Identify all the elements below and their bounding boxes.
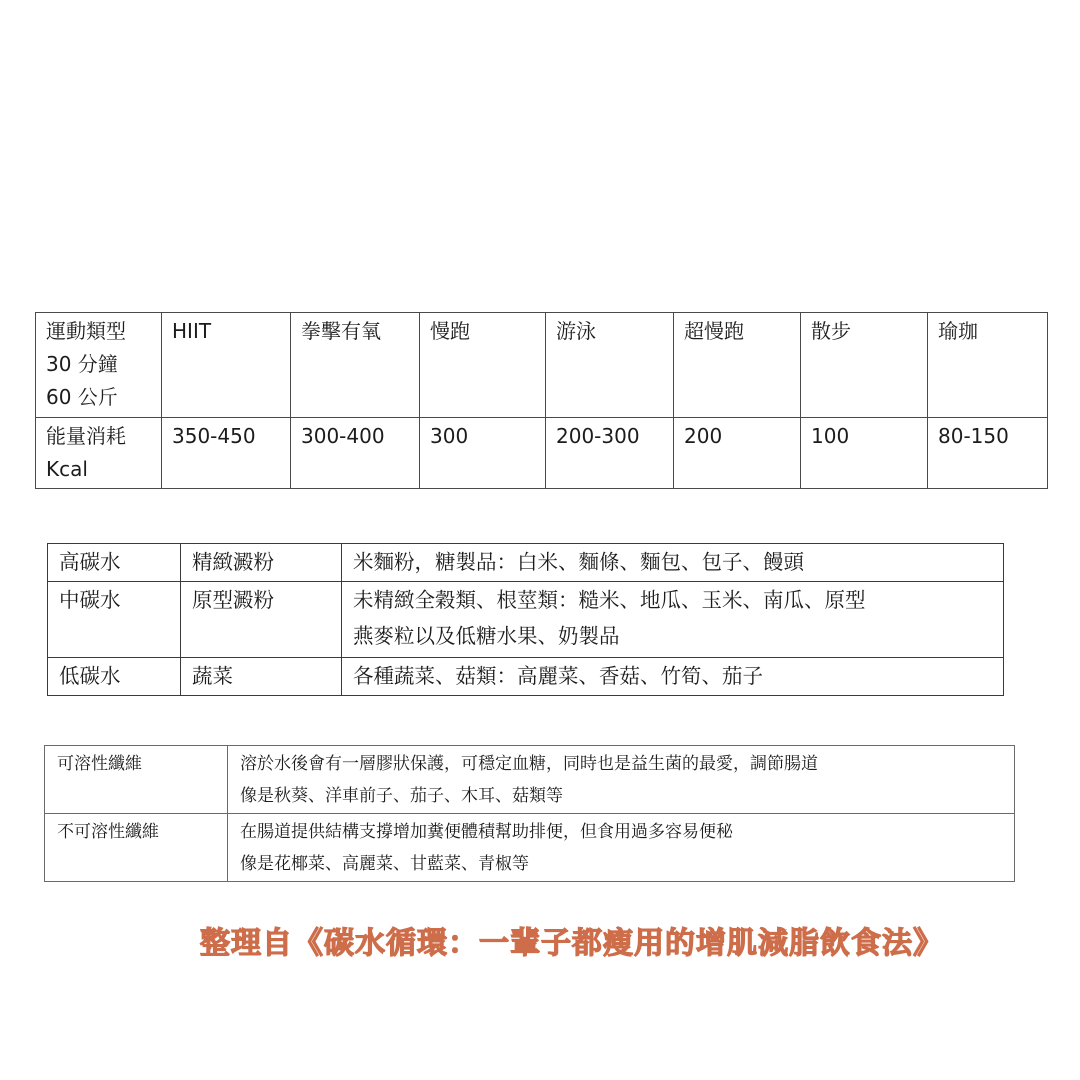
exercise-row-label-cell: 運動類型 30 分鐘 60 公斤 — [36, 313, 162, 418]
activity-walking: 散步 — [801, 313, 928, 418]
activity-hiit: HIIT — [162, 313, 291, 418]
energy-hiit: 350-450 — [162, 418, 291, 489]
carb-examples-low: 各種蔬菜、菇類：高麗菜、香菇、竹筍、茄子 — [342, 658, 1004, 696]
fiber-type-table: 可溶性纖維 溶於水後會有一層膠狀保護，可穩定血糖，同時也是益生菌的最愛，調節腸道… — [44, 745, 1015, 882]
energy-swimming: 200-300 — [546, 418, 674, 489]
carb-row-medium: 中碳水 原型澱粉 未精緻全穀類、根莖類：糙米、地瓜、玉米、南瓜、原型 燕麥粒以及… — [48, 582, 1004, 658]
carb-category-vegetables: 蔬菜 — [181, 658, 342, 696]
activity-yoga: 瑜珈 — [928, 313, 1048, 418]
carb-examples-line: 米麵粉，糖製品：白米、麵條、麵包、包子、饅頭 — [353, 544, 1003, 580]
carb-category-refined-starch: 精緻澱粉 — [181, 544, 342, 582]
exercise-calorie-table: 運動類型 30 分鐘 60 公斤 HIIT 拳擊有氧 慢跑 游泳 超慢跑 散步 … — [35, 312, 1048, 489]
fiber-row-insoluble: 不可溶性纖維 在腸道提供結構支撐增加糞便體積幫助排便，但食用過多容易便秘 像是花… — [45, 814, 1015, 882]
energy-jogging: 300 — [420, 418, 546, 489]
label-duration: 30 分鐘 — [46, 348, 151, 381]
carb-examples-medium: 未精緻全穀類、根莖類：糙米、地瓜、玉米、南瓜、原型 燕麥粒以及低糖水果、奶製品 — [342, 582, 1004, 658]
carb-examples-line: 各種蔬菜、菇類：高麗菜、香菇、竹筍、茄子 — [353, 658, 1003, 694]
carb-row-high: 高碳水 精緻澱粉 米麵粉，糖製品：白米、麵條、麵包、包子、饅頭 — [48, 544, 1004, 582]
fiber-type-insoluble: 不可溶性纖維 — [45, 814, 228, 882]
fiber-examples-line: 像是花椰菜、高麗菜、甘藍菜、青椒等 — [240, 848, 1014, 880]
energy-yoga: 80-150 — [928, 418, 1048, 489]
carb-examples-line: 燕麥粒以及低糖水果、奶製品 — [353, 618, 1003, 654]
energy-boxing-aerobics: 300-400 — [291, 418, 420, 489]
activity-jogging: 慢跑 — [420, 313, 546, 418]
label-kcal-unit: Kcal — [46, 453, 151, 486]
fiber-row-soluble: 可溶性纖維 溶於水後會有一層膠狀保護，可穩定血糖，同時也是益生菌的最愛，調節腸道… — [45, 746, 1015, 814]
carb-level-medium: 中碳水 — [48, 582, 181, 658]
energy-row: 能量消耗 Kcal 350-450 300-400 300 200-300 20… — [36, 418, 1048, 489]
activity-super-slow-jogging: 超慢跑 — [674, 313, 801, 418]
carb-level-table: 高碳水 精緻澱粉 米麵粉，糖製品：白米、麵條、麵包、包子、饅頭 中碳水 原型澱粉… — [47, 543, 1004, 696]
energy-super-slow-jogging: 200 — [674, 418, 801, 489]
fiber-type-soluble: 可溶性纖維 — [45, 746, 228, 814]
carb-examples-line: 未精緻全穀類、根莖類：糙米、地瓜、玉米、南瓜、原型 — [353, 582, 1003, 618]
fiber-description-line: 溶於水後會有一層膠狀保護，可穩定血糖，同時也是益生菌的最愛，調節腸道 — [240, 748, 1014, 780]
fiber-description-line: 在腸道提供結構支撐增加糞便體積幫助排便，但食用過多容易便秘 — [240, 816, 1014, 848]
fiber-description-insoluble: 在腸道提供結構支撐增加糞便體積幫助排便，但食用過多容易便秘 像是花椰菜、高麗菜、… — [228, 814, 1015, 882]
exercise-header-row: 運動類型 30 分鐘 60 公斤 HIIT 拳擊有氧 慢跑 游泳 超慢跑 散步 … — [36, 313, 1048, 418]
carb-level-low: 低碳水 — [48, 658, 181, 696]
carb-level-high: 高碳水 — [48, 544, 181, 582]
carb-examples-high: 米麵粉，糖製品：白米、麵條、麵包、包子、饅頭 — [342, 544, 1004, 582]
label-exercise-type: 運動類型 — [46, 315, 151, 348]
fiber-examples-line: 像是秋葵、洋車前子、茄子、木耳、菇類等 — [240, 780, 1014, 812]
activity-boxing-aerobics: 拳擊有氧 — [291, 313, 420, 418]
label-energy-consumption: 能量消耗 — [46, 420, 151, 453]
energy-row-label-cell: 能量消耗 Kcal — [36, 418, 162, 489]
energy-walking: 100 — [801, 418, 928, 489]
activity-swimming: 游泳 — [546, 313, 674, 418]
carb-row-low: 低碳水 蔬菜 各種蔬菜、菇類：高麗菜、香菇、竹筍、茄子 — [48, 658, 1004, 696]
fiber-description-soluble: 溶於水後會有一層膠狀保護，可穩定血糖，同時也是益生菌的最愛，調節腸道 像是秋葵、… — [228, 746, 1015, 814]
carb-category-whole-starch: 原型澱粉 — [181, 582, 342, 658]
source-citation: 整理自《碳水循環：一輩子都瘦用的增肌減脂飲食法》 — [200, 920, 1030, 968]
label-body-weight: 60 公斤 — [46, 381, 151, 414]
